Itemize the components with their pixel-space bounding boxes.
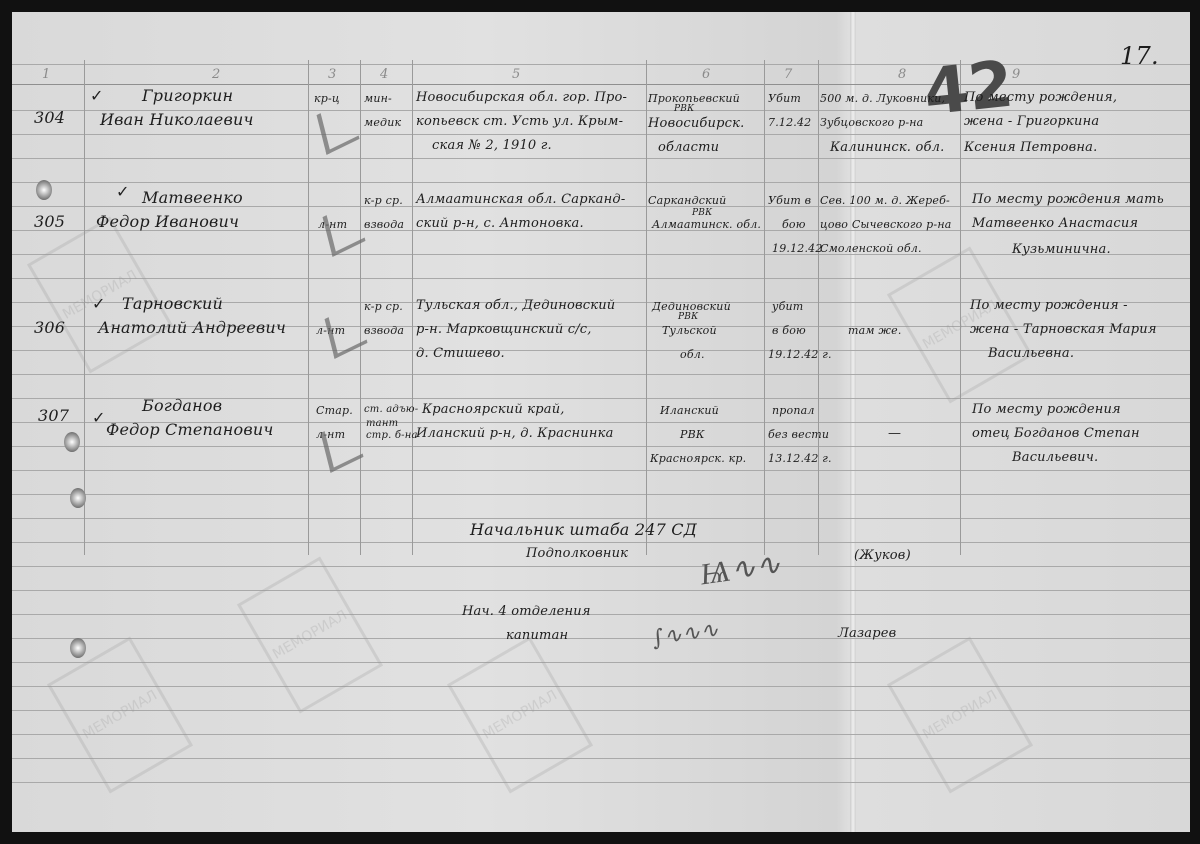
burial-place: —: [888, 426, 901, 441]
given-name: Федор Степанович: [106, 420, 274, 439]
given-name: Иван Николаевич: [100, 110, 254, 129]
punch-hole: [70, 638, 86, 658]
fate-date: 19.12.42: [772, 242, 823, 255]
watermark-stamp: МЕМОРИАЛ: [887, 636, 1033, 793]
rule-line: [12, 494, 1190, 495]
fate: пропал: [772, 404, 815, 417]
column-divider: [646, 60, 647, 555]
signature-scrawl: ∫∿∿∿: [651, 617, 721, 651]
burial-place: 500 м. д. Луковники,: [820, 92, 945, 105]
birthplace: Красноярский край,: [422, 402, 565, 417]
rule-line: [12, 470, 1190, 471]
fate: в бою: [772, 324, 806, 337]
rule-line: [12, 638, 1190, 639]
rank: кр-ц: [314, 92, 340, 105]
birthplace: ская № 2, 1910 г.: [432, 138, 552, 153]
rule-line: [12, 542, 1190, 543]
rule-line: [12, 374, 1190, 375]
rule-line: [12, 134, 1190, 135]
draft-office: обл.: [680, 348, 705, 361]
fate: Убит: [768, 92, 801, 105]
fate-date: 7.12.42: [768, 116, 811, 129]
punch-hole: [70, 488, 86, 508]
position: тант: [366, 418, 398, 429]
draft-office: РВК: [678, 312, 698, 322]
chief-of-staff-rank: Подполковник: [526, 546, 628, 561]
burial-place: Калининск. обл.: [830, 140, 944, 155]
position: ст. адъю-: [364, 404, 418, 415]
department-head-rank: капитан: [506, 628, 568, 643]
column-divider: [764, 60, 765, 555]
rule-line: [12, 446, 1190, 447]
header-rule: [12, 84, 1190, 85]
rule-line: [12, 566, 1190, 567]
checkmark-icon: ✓: [116, 182, 129, 201]
document-sheet: МЕМОРИАЛ МЕМОРИАЛ МЕМОРИАЛ МЕМОРИАЛ МЕМО…: [12, 12, 1190, 832]
chief-of-staff-title: Начальник штаба 247 СД: [470, 520, 697, 539]
given-name: Федор Иванович: [96, 212, 239, 231]
column-divider: [308, 60, 309, 555]
punch-hole: [36, 180, 52, 200]
given-name: Анатолий Андреевич: [98, 318, 286, 337]
rule-line: [12, 278, 1190, 279]
page-number: 17.: [1120, 42, 1159, 70]
row-number: 306: [34, 318, 65, 337]
birthplace: Новосибирская обл. гор. Про-: [416, 90, 627, 105]
column-number: 7: [784, 67, 792, 82]
watermark-stamp: МЕМОРИАЛ: [447, 636, 593, 793]
relatives: По месту рождения: [972, 402, 1121, 417]
column-number: 1: [42, 67, 50, 82]
fate-date: 19.12.42 г.: [768, 348, 832, 361]
position: медик: [364, 116, 401, 129]
draft-office: области: [658, 140, 719, 155]
burial-place: там же.: [848, 324, 902, 337]
fate: убит: [772, 300, 803, 313]
burial-place: Сев. 100 м. д. Жереб-: [820, 194, 950, 207]
surname: Богданов: [142, 396, 222, 415]
column-divider: [412, 60, 413, 555]
pencil-check-icon: [321, 417, 364, 473]
burial-place: Смоленской обл.: [820, 242, 922, 255]
draft-office: Саркандский: [648, 194, 726, 207]
relatives: Кузьминична.: [1012, 242, 1111, 257]
watermark-stamp: МЕМОРИАЛ: [47, 636, 193, 793]
position: мин-: [364, 92, 392, 105]
signature-scrawl: Ѩ∿∿: [698, 547, 783, 593]
watermark-stamp: МЕМОРИАЛ: [237, 556, 383, 713]
position: стр. б-на: [366, 430, 418, 441]
punch-hole: [64, 432, 80, 452]
fate-date: 13.12.42 г.: [768, 452, 832, 465]
draft-office: РВК: [692, 208, 712, 218]
birthplace: р-н. Марковщинский с/с,: [416, 322, 592, 337]
column-number: 4: [380, 67, 388, 82]
draft-office: Новосибирск.: [648, 116, 744, 131]
pencil-check-icon: [317, 99, 360, 155]
burial-place: Зубцовского р-на: [820, 116, 923, 129]
department-head-title: Нач. 4 отделения: [462, 604, 591, 619]
position: к-р ср.: [364, 194, 403, 207]
rule-line: [12, 590, 1190, 591]
rank: Стар.: [316, 404, 353, 417]
column-divider: [818, 60, 819, 555]
relatives: жена - Григоркина: [964, 114, 1099, 129]
column-number: 9: [1012, 67, 1020, 82]
relatives: отец Богданов Степан: [972, 426, 1140, 441]
surname: Тарновский: [122, 294, 223, 313]
surname: Матвеенко: [142, 188, 243, 207]
birthplace: копьевск ст. Усть ул. Крым-: [416, 114, 623, 129]
rule-line: [12, 158, 1190, 159]
relatives: По месту рождения мать: [972, 192, 1164, 207]
row-number: 304: [34, 108, 65, 127]
rule-line: [12, 64, 1190, 65]
burial-place: цово Сычевского р-на: [820, 218, 952, 231]
checkmark-icon: ✓: [92, 294, 105, 313]
fate: без вести: [768, 428, 829, 441]
relatives: По месту рождения -: [970, 298, 1128, 313]
fate: бою: [782, 218, 806, 231]
position: взвода: [364, 324, 404, 337]
birthplace: д. Стишево.: [416, 346, 505, 361]
draft-office: Иланский: [660, 404, 719, 417]
checkmark-icon: ✓: [90, 86, 103, 105]
position: к-р ср.: [364, 300, 403, 313]
rule-line: [12, 614, 1190, 615]
draft-office: Алмаатинск. обл.: [652, 218, 761, 231]
relatives: Васильевна.: [988, 346, 1074, 361]
birthplace: ский р-н, с. Антоновка.: [416, 216, 584, 231]
column-number: 5: [512, 67, 520, 82]
column-divider: [360, 60, 361, 555]
column-number: 6: [702, 67, 710, 82]
rule-line: [12, 518, 1190, 519]
chief-of-staff-name: (Жуков): [854, 548, 911, 563]
birthplace: Алмаатинская обл. Сарканд-: [416, 192, 625, 207]
rule-line: [12, 662, 1190, 663]
position: взвода: [364, 218, 404, 231]
rule-line: [12, 182, 1190, 183]
row-number: 305: [34, 212, 65, 231]
rule-line: [12, 782, 1190, 783]
department-head-name: Лазарев: [838, 626, 896, 641]
draft-office: Красноярск. кр.: [650, 452, 746, 465]
relatives: Ксения Петровна.: [964, 140, 1097, 155]
draft-office: РВК: [674, 104, 694, 114]
draft-office: РВК: [680, 428, 705, 441]
draft-office: Тульской: [662, 324, 717, 337]
birthplace: Иланский р-н, д. Краснинка: [416, 426, 614, 441]
rule-line: [12, 686, 1190, 687]
rule-line: [12, 758, 1190, 759]
row-number: 307: [38, 406, 69, 425]
relatives: По месту рождения,: [964, 90, 1117, 105]
column-number: 3: [328, 67, 336, 82]
birthplace: Тульская обл., Дединовский: [416, 298, 615, 313]
checkmark-icon: ✓: [92, 408, 105, 427]
surname: Григоркин: [142, 86, 233, 105]
relatives: Васильевич.: [1012, 450, 1098, 465]
relatives: Матвеенко Анастасия: [972, 216, 1138, 231]
column-number: 2: [212, 67, 220, 82]
column-number: 8: [898, 67, 906, 82]
relatives: жена - Тарновская Мария: [970, 322, 1157, 337]
fate: Убит в: [768, 194, 811, 207]
